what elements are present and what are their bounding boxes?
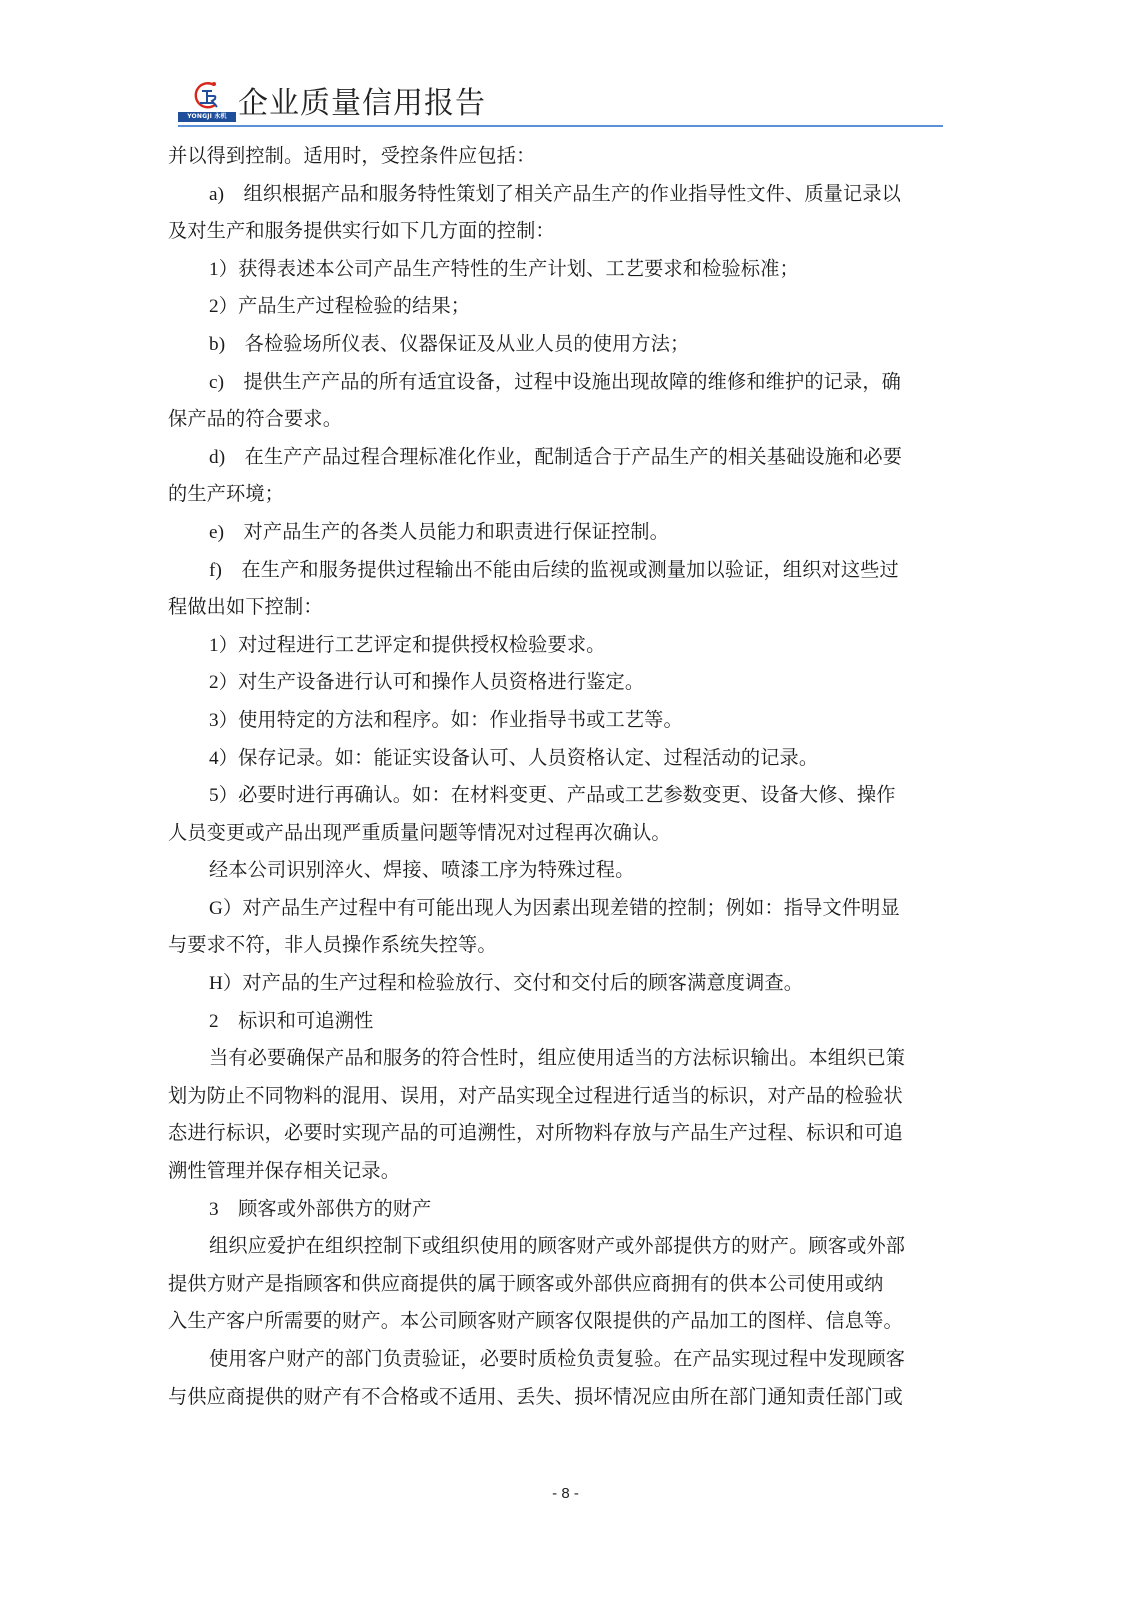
text-line: 人员变更或产品出现严重质量问题等情况对过程再次确认。 (168, 815, 943, 853)
text-line: 2）对生产设备进行认可和操作人员资格进行鉴定。 (168, 664, 943, 702)
text-line: 组织应爱护在组织控制下或组织使用的顾客财产或外部提供方的财产。顾客或外部 (168, 1228, 943, 1266)
text-line: b) 各检验场所仪表、仪器保证及从业人员的使用方法； (168, 326, 943, 364)
text-line: 5）必要时进行再确认。如：在材料变更、产品或工艺参数变更、设备大修、操作 (168, 777, 943, 815)
yongji-logo-icon (192, 80, 224, 112)
document-header: YONGJI 永机 企业质量信用报告 (178, 78, 943, 128)
text-line: a) 组织根据产品和服务特性策划了相关产品生产的作业指导性文件、质量记录以 (168, 176, 943, 214)
text-line: 入生产客户所需要的财产。本公司顾客财产顾客仅限提供的产品加工的图样、信息等。 (168, 1303, 943, 1341)
text-line: 1）对过程进行工艺评定和提供授权检验要求。 (168, 627, 943, 665)
text-line: 与供应商提供的财产有不合格或不适用、丢失、损坏情况应由所在部门通知责任部门或 (168, 1379, 943, 1417)
text-line: 划为防止不同物料的混用、误用，对产品实现全过程进行适当的标识，对产品的检验状 (168, 1078, 943, 1116)
text-line: 及对生产和服务提供实行如下几方面的控制： (168, 213, 943, 251)
document-body: 并以得到控制。适用时，受控条件应包括：a) 组织根据产品和服务特性策划了相关产品… (168, 138, 943, 1416)
text-line: 与要求不符，非人员操作系统失控等。 (168, 927, 943, 965)
text-line: 并以得到控制。适用时，受控条件应包括： (168, 138, 943, 176)
document-title: 企业质量信用报告 (238, 84, 486, 124)
text-line: 当有必要确保产品和服务的符合性时，组应使用适当的方法标识输出。本组织已策 (168, 1040, 943, 1078)
text-line: 2 标识和可追溯性 (168, 1003, 943, 1041)
text-line: e) 对产品生产的各类人员能力和职责进行保证控制。 (168, 514, 943, 552)
text-line: c) 提供生产产品的所有适宜设备，过程中设施出现故障的维修和维护的记录，确 (168, 364, 943, 402)
company-logo: YONGJI 永机 (178, 80, 236, 124)
header-divider (178, 125, 943, 127)
text-line: 2）产品生产过程检验的结果； (168, 288, 943, 326)
text-line: f) 在生产和服务提供过程输出不能由后续的监视或测量加以验证，组织对这些过 (168, 552, 943, 590)
text-line: 使用客户财产的部门负责验证，必要时质检负责复验。在产品实现过程中发现顾客 (168, 1341, 943, 1379)
text-line: 的生产环境； (168, 476, 943, 514)
text-line: H）对产品的生产过程和检验放行、交付和交付后的顾客满意度调查。 (168, 965, 943, 1003)
text-line: d) 在生产产品过程合理标准化作业，配制适合于产品生产的相关基础设施和必要 (168, 439, 943, 477)
page-number: - 8 - (0, 1485, 1131, 1502)
text-line: 溯性管理并保存相关记录。 (168, 1153, 943, 1191)
text-line: 4）保存记录。如：能证实设备认可、人员资格认定、过程活动的记录。 (168, 740, 943, 778)
text-line: 保产品的符合要求。 (168, 401, 943, 439)
text-line: 经本公司识别淬火、焊接、喷漆工序为特殊过程。 (168, 852, 943, 890)
text-line: 3 顾客或外部供方的财产 (168, 1191, 943, 1229)
logo-badge: YONGJI 永机 (178, 112, 236, 122)
text-line: 提供方财产是指顾客和供应商提供的属于顾客或外部供应商拥有的供本公司使用或纳 (168, 1266, 943, 1304)
text-line: G）对产品生产过程中有可能出现人为因素出现差错的控制；例如：指导文件明显 (168, 890, 943, 928)
text-line: 态进行标识，必要时实现产品的可追溯性，对所物料存放与产品生产过程、标识和可追 (168, 1115, 943, 1153)
text-line: 3）使用特定的方法和程序。如：作业指导书或工艺等。 (168, 702, 943, 740)
text-line: 程做出如下控制： (168, 589, 943, 627)
text-line: 1）获得表述本公司产品生产特性的生产计划、工艺要求和检验标准； (168, 251, 943, 289)
